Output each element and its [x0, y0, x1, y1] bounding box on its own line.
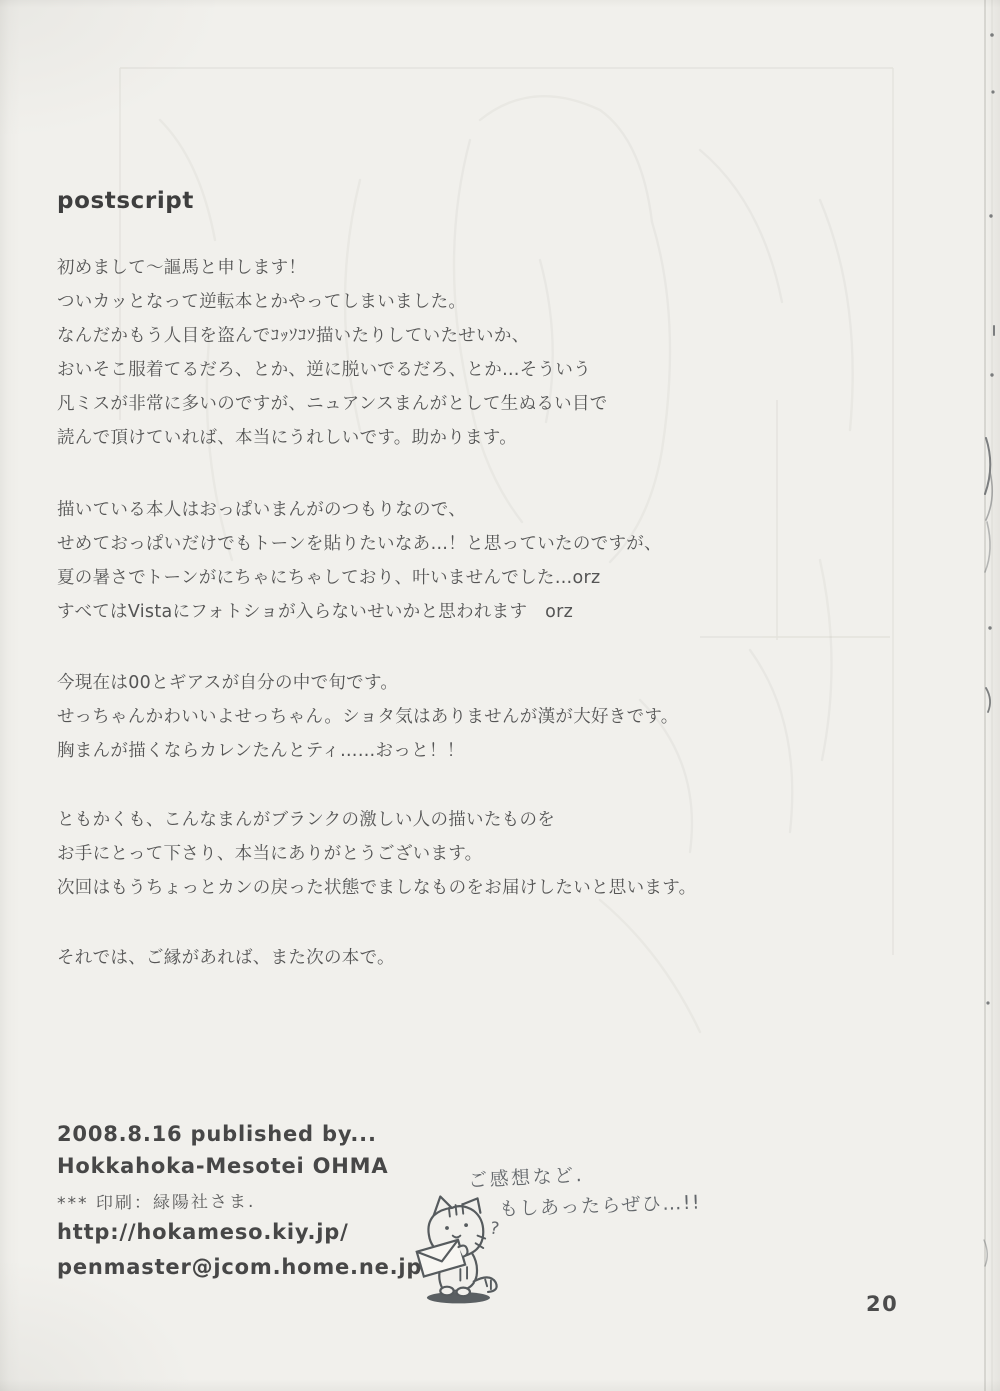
text-line: 描いている本人はおっぱいまんがのつもりなので、 [57, 493, 662, 527]
text-line: 胸まんが描くならカレンたんとティ……おっと！！ [57, 734, 679, 768]
text-line: 次回はもうちょっとカンの戻った状態でましなものをお届けしたいと思います。 [57, 871, 696, 905]
paragraph-greeting: 初めまして～謳馬と申します！ ついカッとなって逆転本とかやってしまいました。 な… [57, 251, 608, 455]
scanned-doujinshi-postscript-page: postscript 初めまして～謳馬と申します！ ついカッとなって逆転本とかや… [0, 0, 1000, 1391]
page-number: 20 [866, 1292, 898, 1316]
text-line: お手にとって下さり、本当にありがとうございます。 [57, 837, 696, 871]
text-line: せめておっぱいだけでもトーンを貼りたいなあ…！と思っていたのですが、 [57, 527, 662, 561]
paragraph-thanks: ともかくも、こんなまんがブランクの激しい人の描いたものを お手にとって下さり、本… [57, 803, 696, 905]
text-line: せっちゃんかわいいよせっちゃん。ショタ気はありませんが漢が大好きです。 [57, 700, 679, 734]
text-line: それでは、ご縁があれば、また次の本で。 [57, 941, 395, 975]
text-line: すべてはVistaにフォトショが入らないせいかと思われます orz [57, 595, 662, 629]
website-url: http://hokameso.kiy.jp/ [57, 1220, 349, 1244]
page-title: postscript [57, 188, 194, 214]
cat-with-envelope-doodle-icon [405, 1190, 510, 1308]
email-address: penmaster@jcom.home.ne.jp [57, 1255, 422, 1279]
publish-date-line: 2008.8.16 published by... [57, 1122, 377, 1146]
text-line: 夏の暑さでトーンがにちゃにちゃしており、叶いませんでした…orz [57, 561, 662, 595]
text-line: ともかくも、こんなまんがブランクの激しい人の描いたものを [57, 803, 696, 837]
text-line: ついカッとなって逆転本とかやってしまいました。 [57, 285, 608, 319]
printer-credit-note: *** 印刷：緑陽社さま. [57, 1187, 256, 1214]
paragraph-farewell: それでは、ご縁があれば、また次の本で。 [57, 941, 395, 975]
paragraph-tone-troubles: 描いている本人はおっぱいまんがのつもりなので、 せめておっぱいだけでもトーンを貼… [57, 493, 662, 629]
text-line: おいそこ服着てるだろ、とか、逆に脱いでるだろ、とか…そういう [57, 353, 608, 387]
text-line: なんだかもう人目を盗んでｺｯｿｺｿ描いたりしていたせいか、 [57, 319, 608, 353]
text-line: 読んで頂けていれば、本当にうれしいです。助かります。 [57, 421, 608, 455]
text-line: 凡ミスが非常に多いのですが、ニュアンスまんがとして生ぬるい目で [57, 387, 608, 421]
text-line: 初めまして～謳馬と申します！ [57, 251, 608, 285]
circle-name-line: Hokkahoka-Mesotei OHMA [57, 1154, 388, 1178]
paragraph-current-favorites: 今現在は00とギアスが自分の中で旬です。 せっちゃんかわいいよせっちゃん。ショタ… [57, 666, 679, 768]
text-line: 今現在は00とギアスが自分の中で旬です。 [57, 666, 679, 700]
